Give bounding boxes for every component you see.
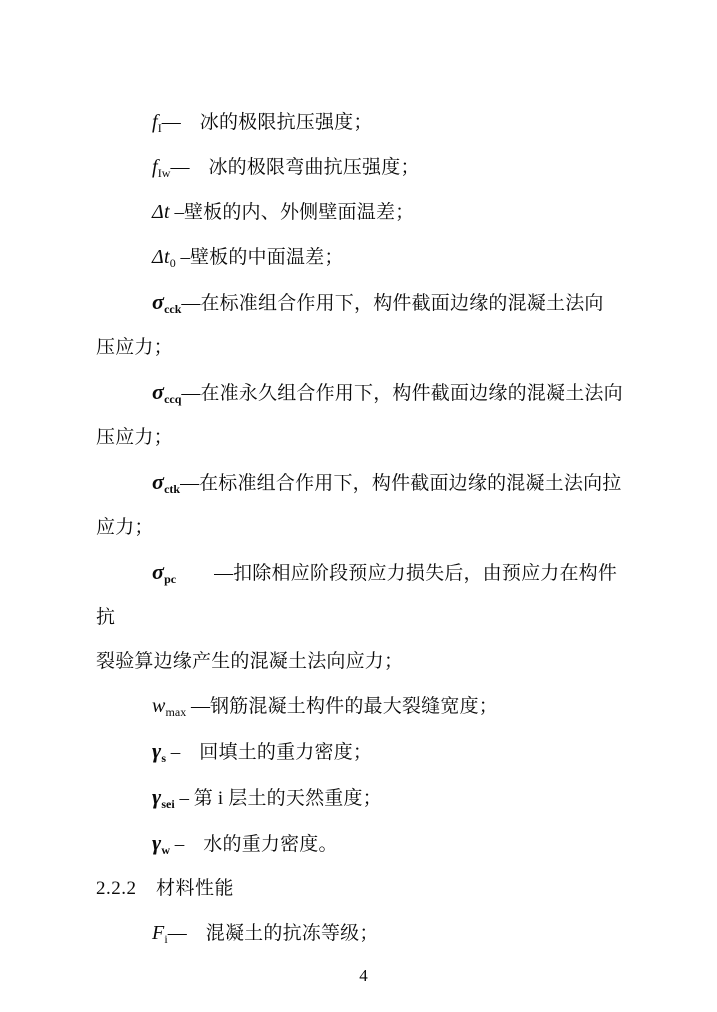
- symbol-f-I: fI: [152, 112, 162, 133]
- definition-text: 冰的极限弯曲抗压强度；: [208, 157, 419, 178]
- symbol-letter: w: [152, 695, 166, 717]
- dash: —: [176, 563, 233, 584]
- dash: —: [181, 293, 200, 314]
- definition-row: Fi— 混凝土的抗冻等级；: [96, 911, 631, 956]
- definition-row: wmax —钢筋混凝土构件的最大裂缝宽度；: [96, 684, 631, 729]
- definition-row: γw – 水的重力密度。: [96, 821, 631, 867]
- dash: –: [170, 202, 184, 223]
- section-title: 材料性能: [156, 878, 234, 899]
- symbol-subscript: ctk: [164, 482, 180, 496]
- dash: –: [176, 247, 190, 268]
- definition-text: 第 i 层土的天然重度；: [194, 788, 382, 809]
- dash: —: [186, 696, 210, 717]
- symbol-subscript: w: [161, 843, 170, 857]
- section-gap: [137, 878, 157, 899]
- symbol-letter: σ: [152, 559, 164, 584]
- definition-text: 水的重力密度。: [203, 834, 337, 855]
- symbol-letter: γ: [152, 738, 161, 763]
- definition-row: Δt0 –壁板的中面温差；: [96, 235, 631, 280]
- dash: —: [168, 923, 206, 944]
- symbol-f-Iw: fIw: [152, 157, 170, 178]
- symbol-letter: γ: [152, 784, 161, 809]
- definition-row: fIw— 冰的极限弯曲抗压强度；: [96, 145, 631, 190]
- definition-text: 回填土的重力密度；: [199, 742, 372, 763]
- definition-text: 钢筋混凝土构件的最大裂缝宽度；: [210, 696, 498, 717]
- definition-text: 混凝土的抗冻等级；: [206, 923, 379, 944]
- symbol-subscript: pc: [164, 572, 176, 586]
- definition-row: γs – 回填土的重力密度；: [96, 729, 631, 775]
- definition-row: Δt –壁板的内、外侧壁面温差；: [96, 190, 631, 235]
- definition-text: 冰的极限抗压强度；: [200, 112, 373, 133]
- symbol-gamma-w: γw: [152, 834, 170, 855]
- symbol-delta-t0: Δt0: [152, 247, 176, 268]
- symbol-letter: Δt: [152, 246, 170, 268]
- dash: —: [162, 112, 200, 133]
- symbol-letter: Δt: [152, 201, 170, 223]
- document-page: fI— 冰的极限抗压强度； fIw— 冰的极限弯曲抗压强度； Δt –壁板的内、…: [0, 0, 717, 1012]
- dash: –: [170, 834, 203, 855]
- page-number: 4: [96, 964, 631, 988]
- symbol-letter: F: [152, 922, 164, 944]
- symbol-sigma-ctk: σctk: [152, 473, 180, 494]
- dash: –: [166, 742, 199, 763]
- dash: —: [170, 157, 208, 178]
- symbol-delta-t: Δt: [152, 202, 170, 223]
- symbol-sigma-ccq: σccq: [152, 383, 181, 404]
- section-number: 2.2.2: [96, 878, 137, 899]
- symbol-subscript: cck: [164, 302, 181, 316]
- symbol-gamma-sei: γsei: [152, 788, 175, 809]
- symbol-subscript: max: [166, 705, 187, 719]
- symbol-subscript: sei: [161, 797, 174, 811]
- symbol-sigma-pc: σpc: [152, 563, 176, 584]
- dash: –: [175, 788, 194, 809]
- symbol-subscript: Iw: [158, 166, 171, 180]
- dash: —: [181, 383, 200, 404]
- definition-row: σcck—在标准组合作用下，构件截面边缘的混凝土法向 压应力；: [96, 280, 631, 370]
- definition-row: σctk—在标准组合作用下，构件截面边缘的混凝土法向拉 应力；: [96, 460, 631, 550]
- definition-row: fI— 冰的极限抗压强度；: [96, 100, 631, 145]
- symbol-sigma-cck: σcck: [152, 293, 181, 314]
- symbol-letter: σ: [152, 469, 164, 494]
- dash: —: [180, 473, 199, 494]
- symbol-subscript: ccq: [164, 392, 181, 406]
- definition-text: 壁板的中面温差；: [190, 247, 344, 268]
- definition-row: γsei – 第 i 层土的天然重度；: [96, 775, 631, 821]
- section-heading: 2.2.2 材料性能: [96, 867, 631, 911]
- symbol-F-i: Fi: [152, 923, 168, 944]
- definition-row: σccq—在准永久组合作用下，构件截面边缘的混凝土法向 压应力；: [96, 370, 631, 460]
- symbol-letter: γ: [152, 830, 161, 855]
- definition-row: σpc —扣除相应阶段预应力损失后，由预应力在构件抗 裂验算边缘产生的混凝土法向…: [96, 550, 631, 684]
- symbol-gamma-s: γs: [152, 742, 166, 763]
- symbol-w-max: wmax: [152, 696, 186, 717]
- symbol-letter: σ: [152, 379, 164, 404]
- definition-text: 壁板的内、外侧壁面温差；: [184, 202, 414, 223]
- symbol-letter: σ: [152, 289, 164, 314]
